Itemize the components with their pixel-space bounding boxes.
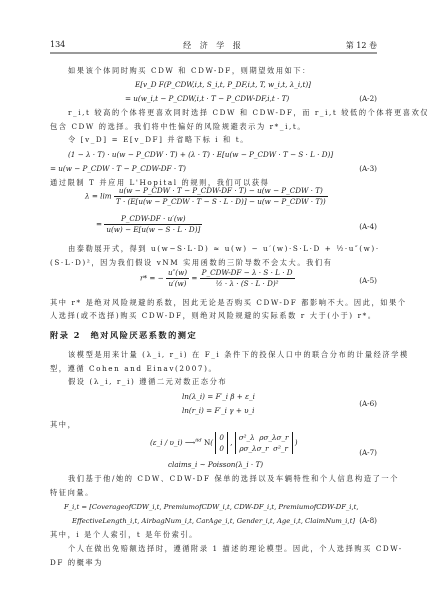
mean-entry: 0 [219,443,224,454]
paragraph: 由泰勒展开式，得到 u(w−S·L·D) ≈ u(w) − u′(w)·S·L·… [68,244,380,254]
paragraph: 包含 CDW 的选择。我们将中性偏好的风险规避表示为 r*_i,t。 [50,122,306,132]
equation-a7: (ε_i / υ_i) ⟶iid N( 0 0 , σ²_λ ρσ_λσ_r ρ… [150,432,298,454]
numerator: u(w − P_CDW · T − P_CDW-DF · T) − u(w − … [114,186,328,197]
fraction: u(w − P_CDW · T − P_CDW-DF · T) − u(w − … [114,186,328,207]
equation-a2-line1: E[v_D F(P_CDW,i,t, S_i,t, P_DF,i,t, T, w… [135,80,311,90]
equation-a4-lhs: λ = lim [85,192,112,201]
cov-entry: σ²_r [273,444,288,453]
paragraph: 该模型是用来计量 (λ_i, r_i) 在 F_i 条件下的投保人口中的联合分布… [68,350,409,360]
paragraph: DF 的概率为 [50,558,103,568]
paragraph: 其中， [50,420,76,430]
equation-a6-line2: ln(r_i) = F′_i γ + υ_i [182,406,254,416]
volume-label: 第 12 卷 [346,40,377,51]
paragraph: 令 [v_D] = E[v_DF] 并省略下标 i 和 t。 [68,135,249,145]
paragraph: 个人在做出免赔额选择时，遵循附录 1 描述的理论模型。因此，个人选择购买 CDW… [68,544,403,554]
equation-tag: (A-2) [359,94,377,104]
equation-tag: (A-3) [359,164,377,174]
covariance-matrix: σ²_λ ρσ_λσ_r ρσ_λσ_r σ²_r [235,432,293,454]
cov-entry: ρσ_λσ_r [239,444,268,453]
numerator: P_CDW-DF · u′(w) [104,214,202,225]
denominator: u(w) − E[u(w − S · L · D)] [104,225,202,235]
equation-a4: λ = lim u(w − P_CDW · T − P_CDW-DF · T) … [85,186,328,207]
mean-entry: 0 [219,432,224,443]
denominator: u′(w) [166,279,189,289]
normal-dist: N [204,438,210,447]
paragraph: 人选择(或不选择)购买 CDW-DF，则绝对风险规避的实际系数 r 大于(小于)… [50,311,377,321]
equation-a5: r* = − u″(w) u′(w) = P_CDW-DF − λ · S · … [140,268,295,289]
cov-entry: ρσ_λσ_r [259,433,288,442]
equation-a7-claims: claims_i ~ Poisson(λ_i · T) [168,460,263,470]
numerator: P_CDW-DF − λ · S · L · D [200,268,295,279]
equation-tag: (A-5) [359,276,377,286]
header-rule [50,52,377,54]
numerator: u″(w) [166,268,189,279]
equation-tag: (A-8) [359,516,377,526]
paragraph: r_i,t 较高的个体将更喜欢同时选择 CDW 和 CDW-DF，而 r_i,t… [68,108,427,118]
fraction: P_CDW-DF − λ · S · L · D ½ · λ · (S · L … [200,268,295,289]
equation-a4-line2: = P_CDW-DF · u′(w) u(w) − E[u(w − S · L … [96,214,202,235]
cov-entry: σ²_λ [239,433,255,442]
paragraph: 特征向量。 [50,488,94,498]
paragraph: 如果该个体同时购买 CDW 和 CDW-DF，则期望效用如下： [68,66,311,76]
denominator: T · (E[u(w − P_CDW · T − S · L · D)] − u… [114,197,328,207]
section-heading: 附录 2 绝对风险厌恶系数的测定 [50,330,197,341]
iid-label: iid [195,438,201,444]
equation-a8-line2: EffectiveLength_i,t, AirbagNum_i,t, CarA… [72,516,355,526]
paragraph: 其中，i 是个人索引，t 是年份索引。 [50,530,198,540]
mean-vector: 0 0 [215,432,228,454]
fraction: P_CDW-DF · u′(w) u(w) − E[u(w − S · L · … [104,214,202,235]
document-page: 134 经 济 学 报 第 12 卷 如果该个体同时购买 CDW 和 CDW-D… [0,0,427,601]
paragraph: 其中 r* 是绝对风险规避的系数，因此无论是否购买 CDW-DF 都影响不大。因… [50,298,407,308]
fraction: u″(w) u′(w) [166,268,189,289]
paragraph: 型，遵循 Cohen and Einav(2007)。 [50,364,217,374]
paragraph: (S·L·D)²，因为我们假设 vNM 实用函数的三阶导数不会太大。我们有 [50,258,333,268]
paragraph: 假设 (λ_i, r_i) 遵循二元对数正态分布 [68,377,227,387]
equation-a3-line1: (1 − λ · T) · u(w − P_CDW · T) + (λ · T)… [68,150,333,160]
equation-a3-line2: = u(w − P_CDW · T − P_CDW-DF · T) [50,164,186,174]
equation-tag: (A-6) [359,399,377,409]
equation-tag: (A-7) [359,448,377,458]
paragraph: 我们基于他/她的 CDW、CDW-DF 保单的选择以及车辆特性和个人信息构造了一… [68,474,399,484]
equation-a5-lhs: r* = − [140,274,164,283]
journal-name: 经 济 学 报 [50,40,377,51]
denominator: ½ · λ · (S · L · D)² [200,279,295,289]
equation-tag: (A-4) [359,222,377,232]
equation-a2-line2: = u(w_i,t − P_CDW,i,t · T − P_CDW-DF,i,t… [125,94,289,104]
running-header: 134 经 济 学 报 第 12 卷 [50,40,377,52]
equation-a8-line1: F_i,t = [CoverageofCDW_i,t, PremiumofCDW… [64,502,359,512]
error-vector: (ε_i / υ_i) [150,438,183,447]
equation-a6-line1: ln(λ_i) = F′_i β + ε_i [182,392,255,402]
